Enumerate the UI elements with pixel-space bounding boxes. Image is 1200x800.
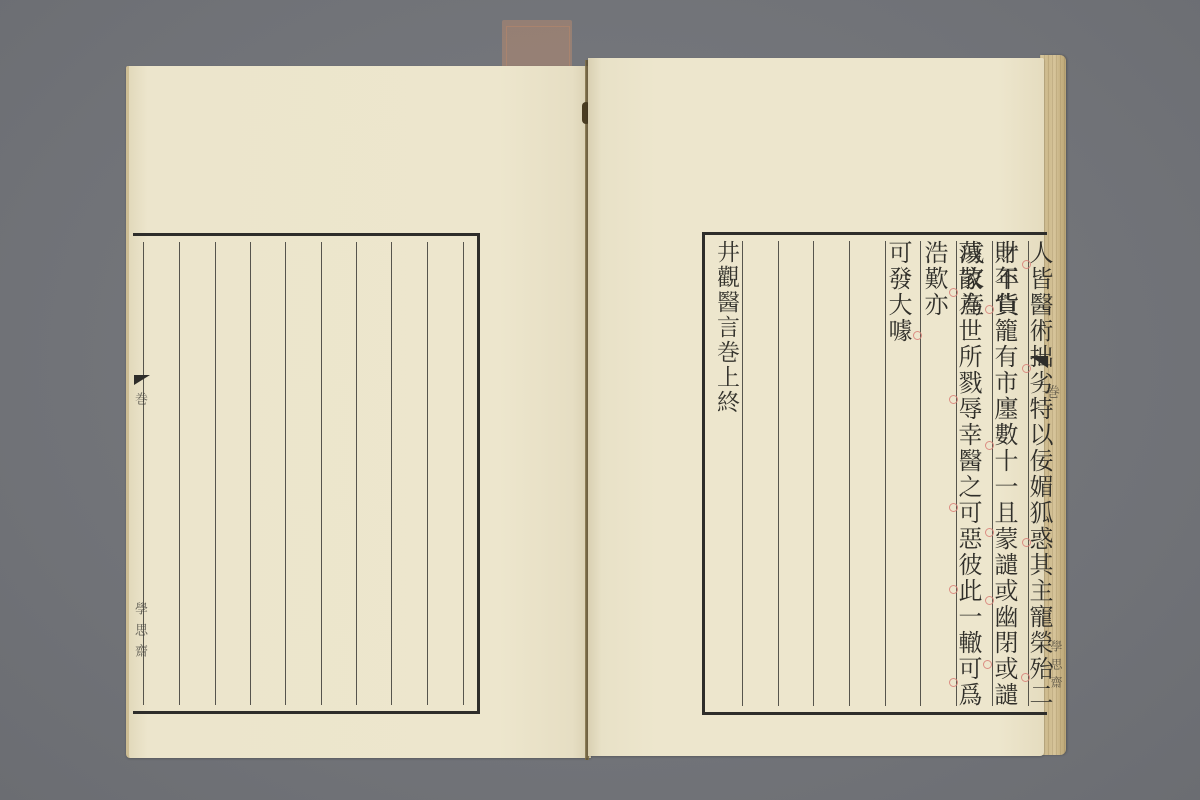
punctuation-mark (985, 528, 994, 537)
punctuation-mark (949, 503, 958, 512)
left-margin-text: 學思齋 (130, 602, 149, 665)
punctuation-mark (983, 660, 992, 669)
ruling-line (427, 242, 428, 705)
punctuation-mark (985, 596, 994, 605)
ruling-line (463, 242, 464, 705)
punctuation-mark (949, 585, 958, 594)
left-page-frame (133, 233, 480, 714)
fold-fishtail-mark (134, 375, 150, 385)
punctuation-mark (1021, 673, 1030, 682)
ruling-line (321, 242, 322, 705)
punctuation-mark (985, 305, 994, 314)
ruling-line (778, 241, 779, 706)
text-column-4: 可發大噱 (881, 240, 915, 440)
punctuation-mark (913, 331, 922, 340)
ruling-line (391, 242, 392, 705)
left-margin-glyph: 巻 (130, 392, 149, 413)
punctuation-mark (1022, 260, 1031, 269)
ruling-line (285, 242, 286, 705)
punctuation-mark (949, 678, 958, 687)
ruling-line (356, 242, 357, 705)
punctuation-mark (985, 441, 994, 450)
volume-end-colophon: 井觀醫言巻上終 (709, 240, 743, 500)
punctuation-mark (1022, 538, 1031, 547)
text-column-3: 蕩散為世所戮辱幸醫之可惡彼此一轍可爲浩歎亦 (917, 240, 985, 710)
ruling-line (215, 242, 216, 705)
ruling-line (179, 242, 180, 705)
ruling-line (250, 242, 251, 705)
punctuation-mark (949, 395, 958, 404)
ruling-line (849, 241, 850, 706)
ruling-line (813, 241, 814, 706)
punctuation-mark (1022, 364, 1031, 373)
punctuation-mark (949, 288, 958, 297)
